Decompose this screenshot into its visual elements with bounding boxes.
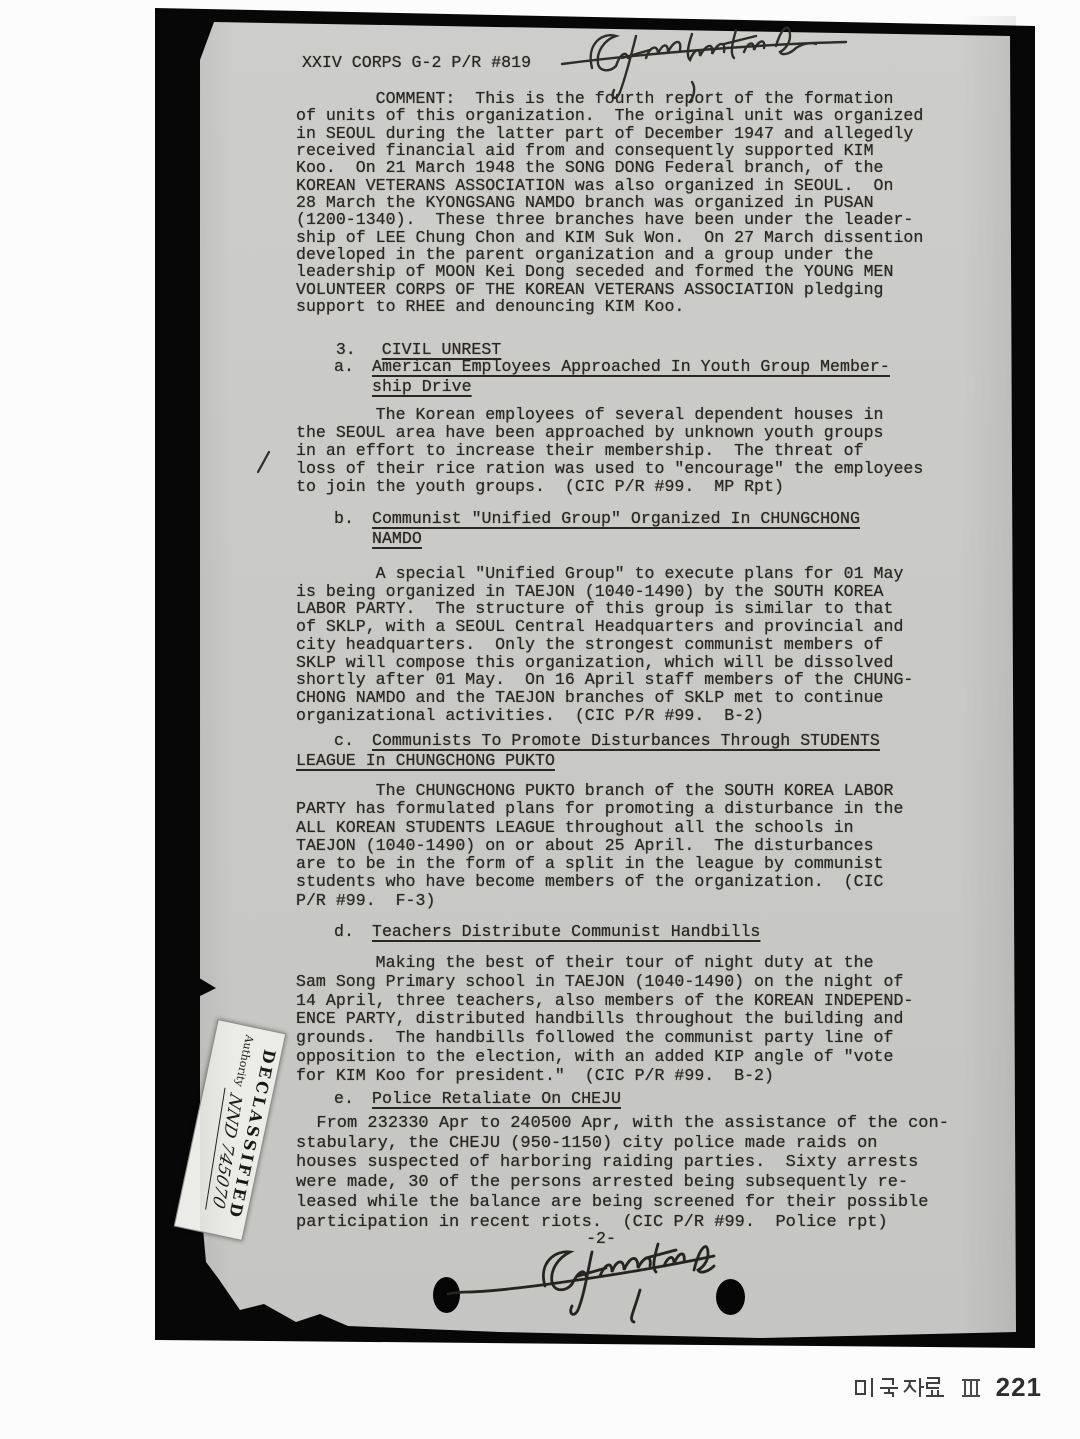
item-c-title-line1: Communists To Promote Disturbances Throu… [372,731,880,750]
item-e-title-line1: Police Retaliate On CHEJU [372,1089,621,1108]
punch-hole-right [716,1279,745,1315]
item-b-title-line1: Communist "Unified Group" Organized In C… [372,509,860,528]
punch-hole-left [433,1277,460,1313]
item-e-letter: e. [334,1089,354,1108]
item-c-body: The CHUNGCHONG PUKTO branch of the SOUTH… [296,782,903,910]
page-number: -2- [556,1229,646,1248]
item-e-body: From 232330 Apr to 240500 Apr, with the … [296,1114,949,1232]
item-a-title-line1: American Employees Approached In Youth G… [372,357,890,376]
scanned-document-page: XXIV CORPS G-2 P/R #819 COMMENT: This is… [0,0,1080,1439]
report-header: XXIV CORPS G-2 P/R #819 [302,53,531,72]
item-c-letter: c. [334,731,354,750]
item-d-title-line1: Teachers Distribute Communist Handbills [372,922,760,941]
book-page-number: 221 [996,1372,1042,1403]
item-d-letter: d. [334,922,354,941]
stamp-authority-label: Authority [232,1034,256,1088]
item-b-title-line2: NAMDO [372,529,422,548]
item-b-body: A special "Unified Group" to execute pla… [296,565,913,724]
roman-numeral-three [961,1377,981,1399]
book-footer: 221 [854,1372,1042,1403]
item-a-letter: a. [334,357,354,376]
item-c-title-line2: LEAGUE In CHUNGCHONG PUKTO [296,751,555,770]
korean-caption-glyphs [854,1376,946,1400]
item-a-body: The Korean employees of several dependen… [296,406,923,496]
comment-paragraph: COMMENT: This is the fourth report of th… [296,90,923,315]
item-b-letter: b. [334,509,354,528]
item-d-body: Making the best of their tour of night d… [296,954,913,1086]
item-a-title-line2: ship Drive [372,377,472,396]
